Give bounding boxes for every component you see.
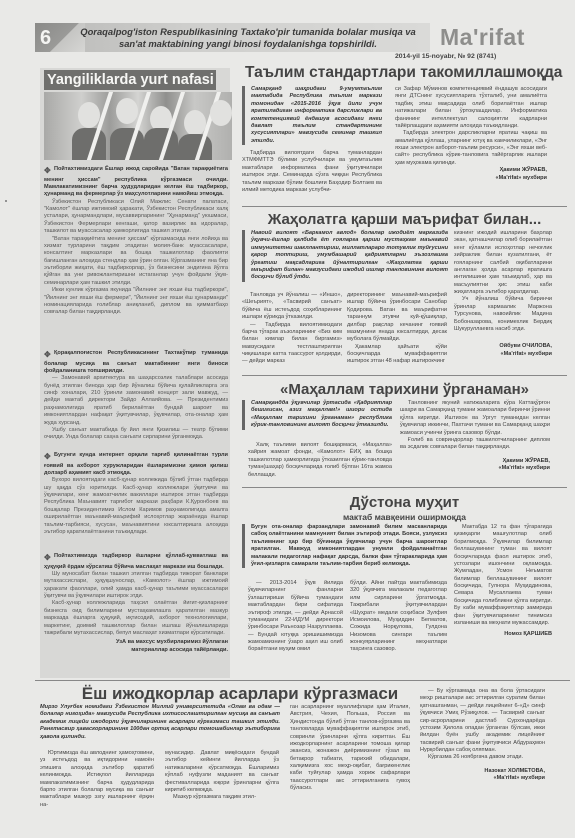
lead-mahallam: Самарқандда ўқувчилар ўртасида «Қадриятл…: [242, 400, 392, 430]
paragraph: Ҳакамлар ҳайъати кўйи босқичларда мувафф…: [347, 344, 447, 366]
news-body: — Замонавий архитектура ва шаҳарсозлик т…: [44, 375, 228, 441]
paragraph: — Тадбирда вилоятимиздаги барча тўгарак …: [242, 322, 342, 366]
byline-name: Номоз ҚАРШИЕВ: [454, 631, 552, 638]
news-lead-text: Бугунги кунда интернет орқали тарғиб қил…: [44, 452, 228, 476]
paragraph: — Бу кўргазмада она ва бола ўртасидаги м…: [420, 688, 545, 754]
sidebar-credit: УзА ва махсус мухбирларимиз йўллаган мат…: [44, 639, 228, 654]
body-mahallam-col1: Халқ таълими вилоят бошқармаси, «Маҳалла…: [248, 442, 392, 479]
paragraph: — 2013-2014 ўқув йилида ўқувчиларнинг фа…: [248, 580, 343, 654]
byline-name: Ҳакими ЖЎРАЕВ,: [400, 458, 550, 465]
ornament-icon: ✥: [44, 166, 54, 177]
portrait-icon: [210, 100, 232, 126]
byline: Номоз ҚАРШИЕВ: [454, 631, 552, 638]
paragraph: ган асарларнинг муаллифлари ҳам Италия, …: [290, 704, 410, 793]
news-body: Бухоро вилоятидаги касб-ҳунар коллежида …: [44, 477, 228, 536]
news-lead-text: Пойтахтимиздаги Ёшлар ижод саройида "Ват…: [44, 166, 228, 197]
paragraph: си Зафар Мўминов компетенциявий ёндашув …: [395, 86, 547, 130]
news-body: Ўзбекистон Республикаси Олий Мажлис Сена…: [44, 199, 228, 317]
headline-mahallam: «Маҳаллам тарихини ўрганаман»: [242, 380, 567, 400]
body-jaholat-col1: Танловда уч йўналиш — «Иншо», «Шеърият»,…: [242, 292, 342, 366]
paragraph: Юртимизда ёш авлоднинг ҳамоҳтовини, уз и…: [40, 750, 154, 809]
paragraph: кизнинг ижодий ишларини баҳолар экан, қа…: [454, 230, 552, 296]
sidebar-news-item: ✥Пойтахтимизда тадбиркор ёшларни қўллаб-…: [44, 553, 228, 654]
byline: Ҳакими ЖЎРАЕВ, «Ma'rifat» мухбири: [395, 167, 547, 182]
ornament-icon: ✥: [44, 350, 54, 361]
paragraph: Тадбирда вилоятдаги барча туманлардан ХТ…: [242, 150, 382, 194]
news-lead: ✥Пойтахтимиздаги Ёшлар ижод саройида "Ва…: [44, 166, 228, 199]
lead-dustona: Бугун ота-оналар фарзандлари замонавий б…: [242, 524, 447, 568]
portrait-icon: [116, 98, 138, 124]
paragraph: Ўзбекистон Республикаси Олий Мажлис Сена…: [44, 199, 228, 236]
credit-line: материаллар асосида тайёрланди.: [44, 647, 228, 654]
byline: Назокат ХОЛМЕТОВА, «Ma'rifat» мухбири: [420, 768, 545, 783]
paragraph: Танловда уч йўналиш — «Иншо», «Шеърият»,…: [242, 292, 342, 322]
section-divider: [242, 375, 567, 376]
paragraph: Касб-ҳунар коллежларида таҳсил олаётган …: [44, 600, 228, 637]
page-number: 6: [40, 25, 51, 51]
subheadline-dustona: мактаб мавқеини оширмоқда: [242, 512, 567, 523]
body-jaholat-col2: директорининг маънавий-маърифий ишлар бў…: [347, 292, 447, 366]
paragraph: Танловнинг якуний натижаларига кўра Катт…: [400, 400, 550, 437]
portrait-icon: [78, 102, 100, 128]
section-divider: [242, 487, 567, 488]
news-lead: ✥Пойтахтимизда тадбиркор ёшларни қўллаб-…: [44, 553, 228, 571]
body-talim-col1: Тадбирда вилоятдаги барча туманлардан ХТ…: [242, 150, 382, 194]
body-jaholat-col3: кизнинг ижодий ишларини баҳолар экан, қа…: [454, 230, 552, 358]
byline-role: «Ma'rifat» мухбири: [420, 775, 545, 782]
paragraph: Бухоро вилоятидаги касб-ҳунар коллежида …: [44, 477, 228, 536]
credit-line: УзА ва махсус мухбирларимиз йўллаган: [44, 639, 228, 646]
section-divider: [35, 680, 570, 681]
byline-role: «Ma'rifat» мухбири: [395, 175, 547, 182]
news-body: Шу муносабат билан ташкил этилган тадбир…: [44, 571, 228, 637]
paragraph: директорининг маънавий-маърифий ишлар бў…: [347, 292, 447, 344]
body-yosh-col4: — Бу кўргазмада она ва бола ўртасидаги м…: [420, 688, 545, 783]
paragraph: Ушбу санъат мактабида бу йил янги Қизили…: [44, 427, 228, 442]
margin-dot: [5, 200, 7, 202]
headline-yosh: Ёш ижодкорлар асарлари кўргазмаси: [40, 683, 440, 705]
paragraph: Тадбирда электрон дарсликларни яратиш ча…: [395, 130, 547, 167]
paragraph: Уч йўналиш бўйича биринчи ўринлар кармаа…: [454, 296, 552, 333]
body-dustona-col3: Мактабда 12 та фан тўгарагида қизиқарли …: [454, 524, 552, 639]
byline-name: Ҳакими ЖЎРАЕВ,: [395, 167, 547, 174]
paragraph: Икки кунлик кўргазма якунида "Йилнинг эн…: [44, 287, 228, 317]
body-yosh-col3: ган асарларнинг муаллифлари ҳам Италия, …: [290, 704, 410, 793]
news-lead: ✥Бугунги кунда интернет орқали тарғиб қи…: [44, 452, 228, 477]
paragraph: Кўргазма 26 ноябргача давом этади.: [420, 754, 545, 761]
headline-talim: Таълим стандартлари такомиллашмоқда: [245, 63, 575, 83]
news-lead: ✥Қорақалпоғистон Республикасининг Тахтак…: [44, 350, 228, 375]
body-dustona-col1: — 2013-2014 ўқув йилида ўқувчиларнинг фа…: [248, 580, 343, 654]
byline-name: Ойбуви ОЧИЛОВА,: [454, 343, 552, 350]
paragraph: Мазкур кўргазмага тақдим этил-: [165, 794, 279, 801]
body-mahallam-col2: Танловнинг якуний натижаларига кўра Катт…: [400, 400, 550, 472]
newspaper-brand: Ma'rifat: [440, 22, 525, 52]
news-lead-text: Қорақалпоғистон Республикасининг Тахтакў…: [44, 350, 228, 374]
paragraph: Шу муносабат билан ташкил этилган тадбир…: [44, 571, 228, 601]
body-yosh-col2: мунасидир. Давлат миқёсидаги бундай эъти…: [165, 750, 279, 802]
sidebar-title: Yangiliklarda yurt nafasi: [44, 70, 216, 90]
sidebar-news-item: ✥Пойтахтимиздаги Ёшлар ижод саройида "Ва…: [44, 166, 228, 317]
paragraph: "Ватан тараққиётига менинг ҳиссам" кўрга…: [44, 236, 228, 288]
paragraph: — Замонавий архитектура ва шаҳарсозлик т…: [44, 375, 228, 427]
sidebar-news-item: ✥Бугунги кунда интернет орқали тарғиб қи…: [44, 452, 228, 536]
issue-date: 2014-yil 15-noyabr, № 92 (8741): [395, 53, 496, 62]
header-teaser-line2: san'at maktabining yangi binosi foydalan…: [78, 38, 418, 50]
paragraph: мунасидир. Давлат миқёсидаги бундай эъти…: [165, 750, 279, 794]
section-divider: [242, 206, 567, 207]
body-dustona-col2: бўлди. Айни пайтда мактабимизда 320 ўқув…: [350, 580, 447, 654]
byline-role: «Ma'rifat» мухбири: [454, 351, 552, 358]
sidebar-photo-collage: [44, 92, 232, 160]
lead-talim: Самарқанд шаҳридаги 9-умумтаълим мактаби…: [242, 86, 382, 145]
paragraph: Халқ таълими вилоят бошқармаси, «Маҳалла…: [248, 442, 392, 479]
sidebar-news-item: ✥Қорақалпоғистон Республикасининг Тахтак…: [44, 350, 228, 442]
news-lead-text: Пойтахтимизда тадбиркор ёшларни қўллаб-қ…: [44, 553, 228, 570]
paragraph: бўлди. Айни пайтда мактабимизда 320 ўқув…: [350, 580, 447, 654]
header-teaser-line1: Qoraqalpog'iston Respublikasining Taxtak…: [78, 26, 418, 38]
headline-jaholat: Жаҳолатга қарши маърифат билан...: [242, 210, 567, 230]
byline: Ҳакими ЖЎРАЕВ, «Ma'rifat» мухбири: [400, 458, 550, 473]
ornament-icon: ✥: [44, 553, 54, 564]
body-talim-col2: си Зафар Мўминов компетенциявий ёндашув …: [395, 86, 547, 182]
body-yosh-col1: Юртимизда ёш авлоднинг ҳамоҳтовини, уз и…: [40, 750, 154, 809]
paragraph: Ғолиб ва совриндорлар ташкилотчиларнинг …: [400, 437, 550, 452]
byline-role: «Ma'rifat» мухбири: [400, 465, 550, 472]
headline-dustona: Дўстона муҳит: [242, 493, 567, 513]
lead-yosh: Мирзо Улуғбек номидаги Ўзбекистон Миллий…: [40, 704, 280, 741]
ornament-icon: ✥: [44, 452, 54, 463]
byline: Ойбуви ОЧИЛОВА, «Ma'rifat» мухбири: [454, 343, 552, 358]
paragraph: Мактабда 12 та фан тўгарагида қизиқарли …: [454, 524, 552, 627]
lead-jaholat: Навоий вилоят «Баркамол авлод» болалар и…: [242, 230, 448, 282]
header-teaser: Qoraqalpog'iston Respublikasining Taxtak…: [78, 26, 418, 50]
